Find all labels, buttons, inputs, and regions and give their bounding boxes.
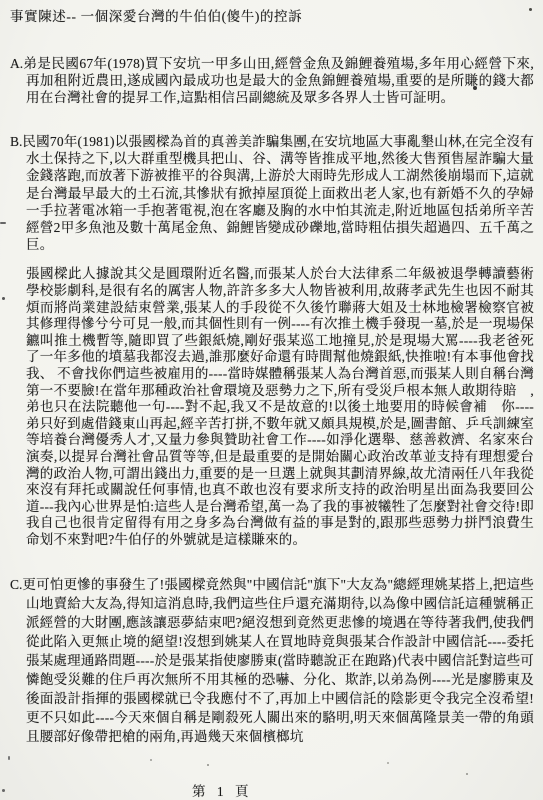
scan-speck: [520, 330, 522, 332]
scan-speck: [387, 762, 389, 764]
paragraph-a: A.弟是民國67年(1978)買下安坑一甲多山田,經營金魚及錦鯉養殖場,多年用心…: [10, 55, 534, 106]
paragraph-a-text: 弟是民國67年(1978)買下安坑一甲多山田,經營金魚及錦鯉養殖場,多年用心經營…: [23, 56, 534, 105]
paragraph-c-text: 更可怕更慘的事發生了!張國樑竟然與"中國信託"旗下"大友為"總經理姚某搭上,把這…: [22, 577, 534, 744]
paragraph-b: B.民國70年(1981)以張國樑為首的真善美詐騙集團,在安坑地區大事亂墾山林,…: [10, 133, 534, 253]
scan-speck: [529, 8, 532, 11]
scan-speck: [150, 759, 152, 761]
scan-speck: [0, 222, 6, 224]
paragraph-a-label: A.: [10, 56, 23, 71]
paragraph-b-text: 民國70年(1981)以張國樑為首的真善美詐騙集團,在安坑地區大事亂墾山林,在完…: [22, 134, 534, 252]
scan-speck: [296, 96, 298, 98]
document-title: 事實陳述-- 一個深愛台灣的牛伯伯(傻牛)的控訴: [10, 8, 534, 26]
scan-speck: [8, 756, 10, 760]
scan-speck: [466, 773, 468, 775]
paragraph-c: C.更可怕更慘的事發生了!張國樑竟然與"中國信託"旗下"大友為"總經理姚某搭上,…: [10, 575, 534, 746]
paragraph-middle: 張國樑此人據說其父是圓環附近名醫,而張某人於台大法律系二年級被退學轉讀藝術學校影…: [10, 266, 534, 548]
paragraph-c-label: C.: [10, 577, 22, 592]
paragraph-middle-text: 張國樑此人據說其父是圓環附近名醫,而張某人於台大法律系二年級被退學轉讀藝術學校影…: [26, 266, 534, 547]
scan-speck: [2, 297, 5, 300]
scan-speck: [207, 764, 209, 766]
document-body: 事實陳述-- 一個深愛台灣的牛伯伯(傻牛)的控訴 A.弟是民國67年(1978)…: [0, 0, 543, 746]
scanned-document-page: 事實陳述-- 一個深愛台灣的牛伯伯(傻牛)的控訴 A.弟是民國67年(1978)…: [0, 0, 543, 800]
paragraph-b-label: B.: [10, 134, 22, 149]
scan-speck: [473, 86, 477, 90]
scan-speck: [2, 789, 5, 792]
page-number: 第 1 頁: [192, 780, 253, 800]
